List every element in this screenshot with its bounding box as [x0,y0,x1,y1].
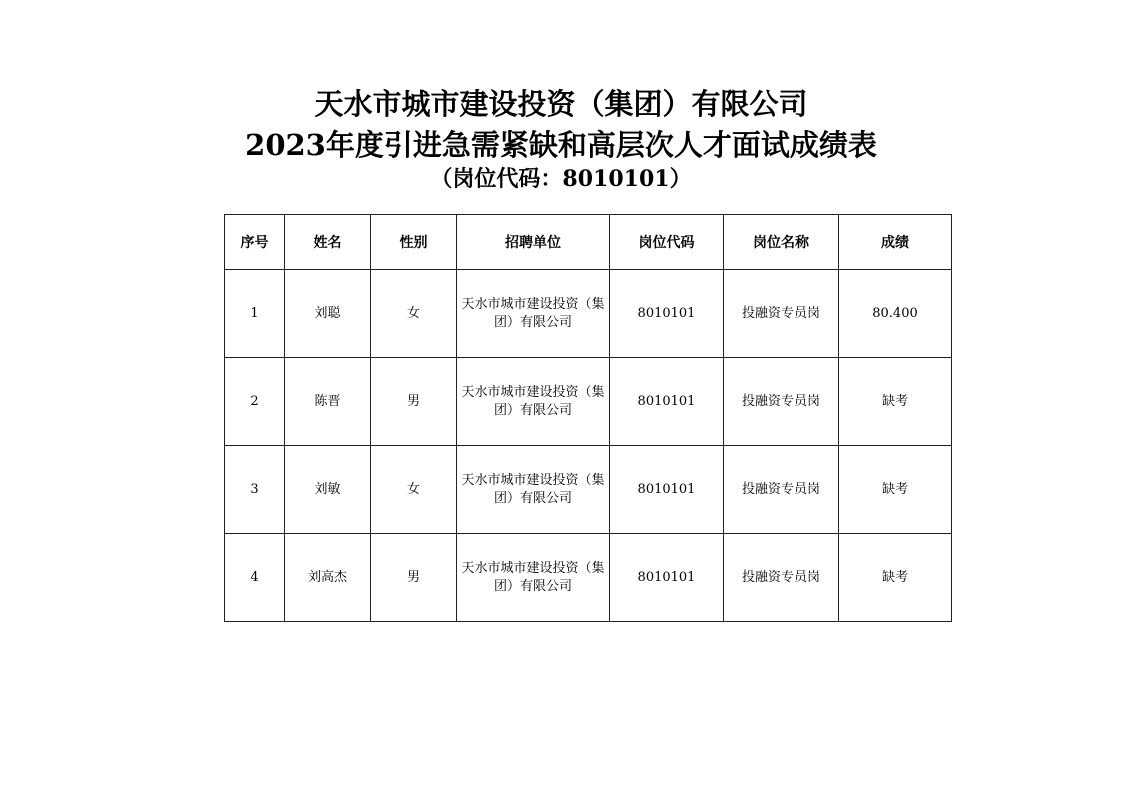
header-no: 序号 [225,215,285,270]
cell-gender: 女 [371,446,457,534]
title-position-code: （岗位代码：8010101） [0,164,1122,194]
cell-gender: 女 [371,270,457,358]
table-row: 4 刘高杰 男 天水市城市建设投资（集团）有限公司 8010101 投融资专员岗… [225,534,952,622]
header-unit: 招聘单位 [457,215,610,270]
header-name: 姓名 [285,215,371,270]
cell-no: 3 [225,446,285,534]
header-score: 成绩 [839,215,952,270]
table-row: 1 刘聪 女 天水市城市建设投资（集团）有限公司 8010101 投融资专员岗 … [225,270,952,358]
cell-unit: 天水市城市建设投资（集团）有限公司 [457,446,610,534]
cell-code: 8010101 [610,446,724,534]
title-company: 天水市城市建设投资（集团）有限公司 [0,86,1122,122]
table-row: 3 刘敏 女 天水市城市建设投资（集团）有限公司 8010101 投融资专员岗 … [225,446,952,534]
header-code: 岗位代码 [610,215,724,270]
cell-code: 8010101 [610,358,724,446]
table-header-row: 序号 姓名 性别 招聘单位 岗位代码 岗位名称 成绩 [225,215,952,270]
cell-name: 陈晋 [285,358,371,446]
cell-no: 1 [225,270,285,358]
cell-position: 投融资专员岗 [724,358,839,446]
cell-name: 刘高杰 [285,534,371,622]
cell-no: 2 [225,358,285,446]
cell-score: 缺考 [839,446,952,534]
cell-gender: 男 [371,358,457,446]
cell-code: 8010101 [610,270,724,358]
cell-position: 投融资专员岗 [724,446,839,534]
title-report: 2023年度引进急需紧缺和高层次人才面试成绩表 [0,127,1122,163]
cell-name: 刘敏 [285,446,371,534]
cell-score: 80.400 [839,270,952,358]
cell-no: 4 [225,534,285,622]
cell-unit: 天水市城市建设投资（集团）有限公司 [457,270,610,358]
cell-score: 缺考 [839,358,952,446]
header-gender: 性别 [371,215,457,270]
score-table: 序号 姓名 性别 招聘单位 岗位代码 岗位名称 成绩 1 刘聪 女 天水市城市建… [224,214,952,622]
cell-gender: 男 [371,534,457,622]
cell-name: 刘聪 [285,270,371,358]
cell-position: 投融资专员岗 [724,270,839,358]
header-position: 岗位名称 [724,215,839,270]
cell-score: 缺考 [839,534,952,622]
cell-unit: 天水市城市建设投资（集团）有限公司 [457,534,610,622]
cell-unit: 天水市城市建设投资（集团）有限公司 [457,358,610,446]
table-row: 2 陈晋 男 天水市城市建设投资（集团）有限公司 8010101 投融资专员岗 … [225,358,952,446]
cell-position: 投融资专员岗 [724,534,839,622]
cell-code: 8010101 [610,534,724,622]
